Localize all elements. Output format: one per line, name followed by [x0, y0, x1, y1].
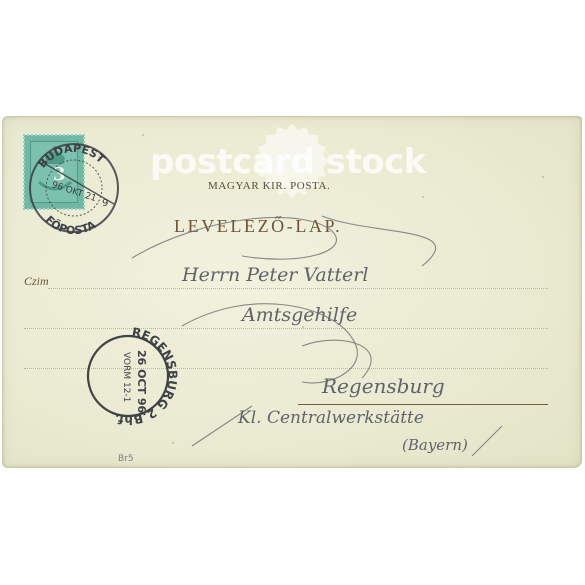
recipient-title: Amtsgehilfe — [242, 304, 357, 326]
svg-text:FŐPOSTA: FŐPOSTA — [42, 213, 98, 237]
svg-text:26 OCT 96: 26 OCT 96 — [135, 350, 148, 414]
recipient-city: Regensburg — [322, 374, 445, 398]
recipient-region: (Bayern) — [402, 436, 468, 454]
pencil-note: Br5 — [118, 454, 134, 464]
svg-text:96 OKT 21: 96 OKT 21 — [50, 180, 97, 204]
svg-text:VORM 12-1: VORM 12-1 — [121, 352, 131, 402]
recipient-workplace: Kl. Centralwerkstätte — [238, 408, 424, 428]
svg-text:BUDAPEST: BUDAPEST — [36, 142, 108, 171]
svg-text:9: 9 — [102, 198, 108, 209]
recipient-name: Herrn Peter Vatterl — [182, 264, 368, 286]
postcard: postcard stock MAGYAR KIR. POSTA. LEVELE… — [2, 116, 582, 468]
